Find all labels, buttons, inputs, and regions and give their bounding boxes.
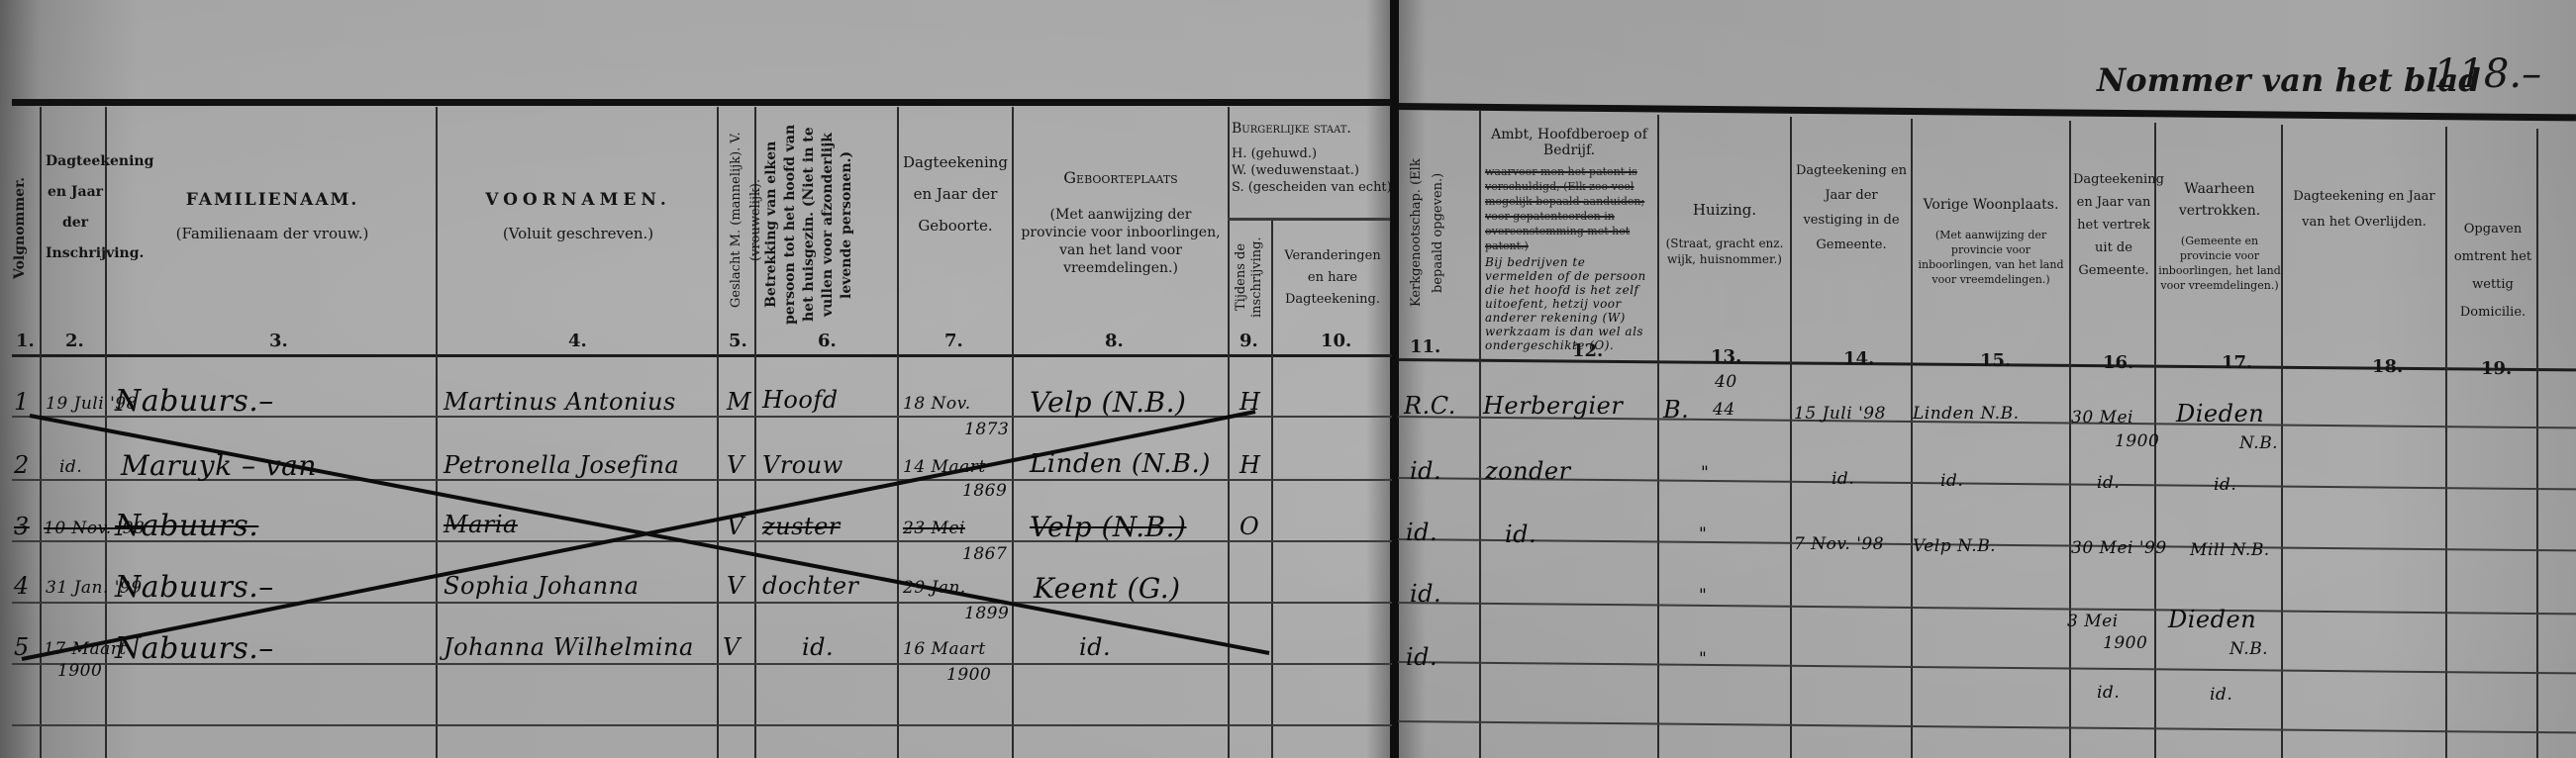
- cancellation-cross-icon: [0, 0, 2576, 758]
- register-page: Nommer van het blad 118.– Volgnommer. Da…: [0, 0, 2576, 758]
